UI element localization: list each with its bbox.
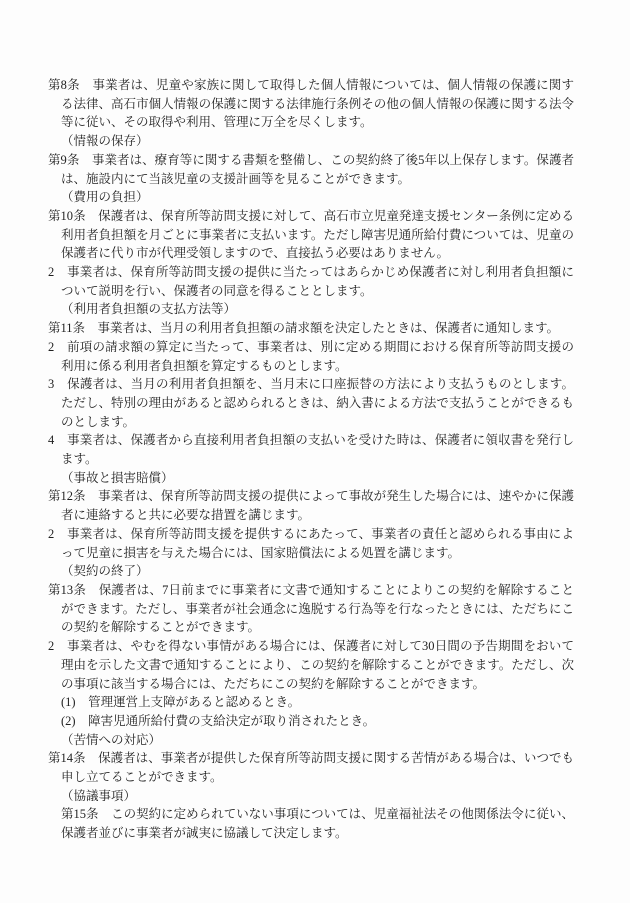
article-11: 第11条 事業者は、当月の利用者負担額の請求額を決定したときは、保護者に通知しま… [61,319,574,338]
heading-payment-method: （利用者負担額の支払方法等） [61,300,574,319]
heading-complaints: （苦情への対応） [61,731,574,750]
heading-information-storage: （情報の保存） [61,132,574,151]
heading-consultation: （協議事項） [61,787,574,806]
heading-contract-termination: （契約の終了） [61,562,574,581]
article-11-para-2: 2 前項の請求額の算定に当たって、事業者は、別に定める期間における保育所等訪問支… [61,338,574,375]
article-13: 第13条 保護者は、7日前までに事業者に文書で通知することによりこの契約を解除す… [61,581,574,637]
article-11-para-4: 4 事業者は、保護者から直接利用者負担額の支払いを受けた時は、保護者に領収書を発… [61,431,574,468]
article-14: 第14条 保護者は、事業者が提供した保育所等訪問支援に関する苦情がある場合は、い… [61,749,574,786]
article-12: 第12条 事業者は、保育所等訪問支援の提供によって事故が発生した場合には、速やか… [61,487,574,524]
contract-articles: 第8条 事業者は、児童や家族に関して取得した個人情報については、個人情報の保護に… [61,76,574,843]
article-8: 第8条 事業者は、児童や家族に関して取得した個人情報については、個人情報の保護に… [61,76,574,132]
article-13-item-2: (2) 障害児通所給付費の支給決定が取り消されたとき。 [61,712,574,731]
article-9: 第9条 事業者は、療育等に関する書類を整備し、この契約終了後5年以上保存します。… [61,151,574,188]
article-10-para-2: 2 事業者は、保育所等訪問支援の提供に当たってはあらかじめ保護者に対し利用者負担… [61,263,574,300]
heading-accident-compensation: （事故と損害賠償） [61,469,574,488]
article-13-para-2: 2 事業者は、やむを得ない事情がある場合には、保護者に対して30日間の予告期間を… [61,637,574,693]
contract-document-page: 第8条 事業者は、児童や家族に関して取得した個人情報については、個人情報の保護に… [0,0,630,903]
heading-cost-burden: （費用の負担） [61,188,574,207]
article-13-item-1: (1) 管理運営上支障があると認めるとき。 [61,693,574,712]
article-12-para-2: 2 事業者は、保育所等訪問支援を提供するにあたって、事業者の責任と認められる事由… [61,525,574,562]
article-10: 第10条 保護者は、保育所等訪問支援に対して、高石市立児童発達支援センター条例に… [61,207,574,263]
article-15: 第15条 この契約に定められていない事項については、児童福祉法その他関係法令に従… [61,805,574,842]
article-11-para-3: 3 保護者は、当月の利用者負担額を、当月末に口座振替の方法により支払うものとしま… [61,375,574,431]
